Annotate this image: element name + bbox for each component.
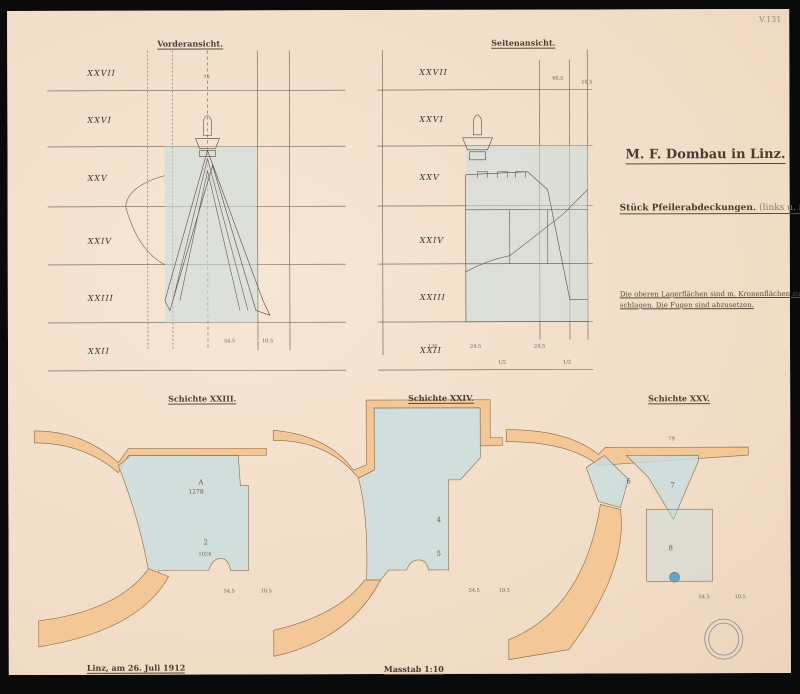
piece-label: 5 [437,550,441,558]
course-label: XXV [88,174,108,183]
course-label: XXIII [420,293,446,302]
drawing-canvas [7,9,791,675]
dimension: 24.5 [470,344,481,350]
drawing-title: M. F. Dombau in Linz. [625,147,785,164]
course-label: XXIV [88,237,112,246]
dimension: 10.5 [735,594,746,600]
dimension: 1/2 [563,360,571,366]
drawing-subtitle: Stück Pfeilerabdeckungen. (links u. rech… [620,203,800,215]
piece-label: 8 [669,544,673,552]
date-place: Linz, am 26. Juli 1912 [87,663,185,674]
dimension: 54.5 [699,594,710,600]
course-label: XXV [420,173,440,182]
dimension: 24.5 [534,344,545,350]
course-label: XXIV [420,236,444,245]
course-label: XXVII [419,68,448,77]
archive-number: V.131 [759,15,781,24]
scale-note: Masstab 1:10 [384,664,444,675]
course-label: XXVII [87,69,116,78]
course-label: XXVI [87,116,111,125]
note-line: Die oberen Lagerflächen sind m. Kronenfl… [620,289,800,300]
course-label: XXII [88,347,110,356]
dimension: 1/2 [498,360,506,366]
front-view-heading: Vorderansicht. [157,38,223,49]
section-heading-xxiv: Schichte XXIV. [408,393,474,404]
dimension: 79 [668,436,674,442]
piece-label: A [198,479,203,487]
dimension: 10.5 [262,338,273,344]
piece-label: 2 [204,539,208,547]
dimension: 79 [203,74,209,80]
piece-label: 1024 [199,551,212,557]
dimension: 54.5 [224,338,235,344]
subtitle-note: (links u. rechts) [759,203,800,213]
dimension: 60.5 [552,76,563,82]
note-line: schlagen. Die Fugen sind abzusetzen. [620,300,800,311]
course-label: XXIII [88,294,114,303]
piece-label: 4 [436,516,440,524]
side-view-heading: Seitenansicht. [491,38,555,49]
stamp-seal [705,619,743,659]
dimension: 10.5 [581,79,592,85]
section-heading-xxv: Schichte XXV. [648,393,710,404]
section-heading-xxiii: Schichte XXIII. [168,393,236,404]
piece-label: 6 [626,477,630,485]
dimension: 54.5 [224,588,235,594]
dimension: 130 [428,344,438,350]
piece-label: 1278 [188,489,203,496]
dimension: 54.5 [469,588,480,594]
dimension: 10.5 [261,588,272,594]
subtitle-text: Stück Pfeilerabdeckungen. [620,203,756,213]
dimension: 10.5 [499,588,510,594]
course-label: XXVI [419,115,443,124]
construction-note: Die oberen Lagerflächen sind m. Kronenfl… [620,289,800,311]
sections [34,399,749,661]
piece-label: 7 [670,481,674,489]
drawing-sheet: V.131 Vorderansicht. Seitenansicht. XXVI… [7,9,791,675]
